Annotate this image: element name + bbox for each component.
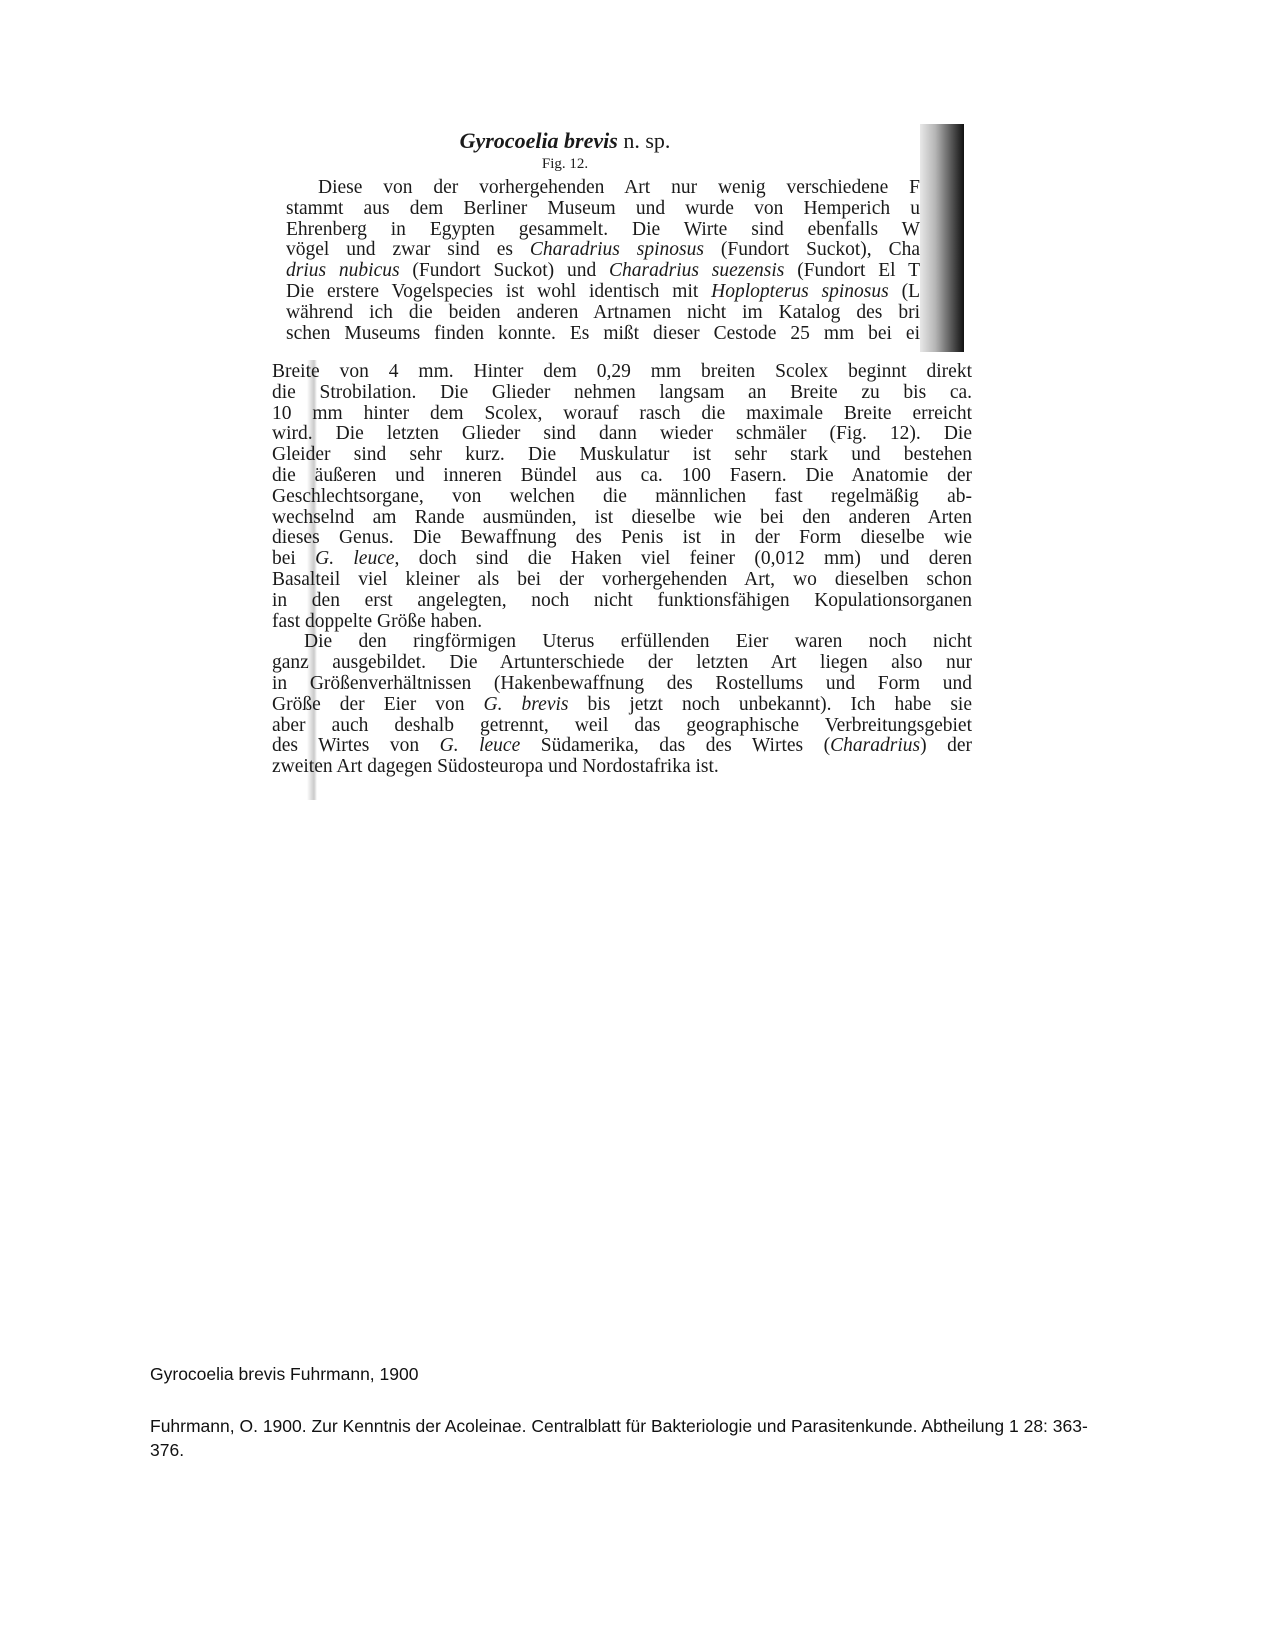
species-heading: Gyrocoelia brevis n. sp. bbox=[250, 128, 880, 154]
scanned-page: Gyrocoelia brevis n. sp. Fig. 12. Diese … bbox=[0, 0, 1275, 820]
text-line: die Strobilation. Die Glieder nehmen lan… bbox=[272, 383, 972, 404]
species-name: Gyrocoelia brevis bbox=[460, 128, 618, 153]
text-line: drius nubicus (Fundort Suckot) und Chara… bbox=[286, 261, 920, 282]
lower-paragraphs: Breite von 4 mm. Hinter dem 0,29 mm brei… bbox=[272, 362, 972, 778]
text-line: stammt aus dem Berliner Museum und wurde… bbox=[286, 199, 920, 220]
text-line: des Wirtes von G. leuce Südamerika, das … bbox=[272, 736, 972, 757]
scan-binding-shadow bbox=[920, 124, 964, 352]
text-line: bei G. leuce, doch sind die Haken viel f… bbox=[272, 549, 972, 570]
text-line: Diese von der vorhergehenden Art nur wen… bbox=[286, 178, 920, 199]
text-line: Ehrenberg in Egypten gesammelt. Die Wirt… bbox=[286, 220, 920, 241]
text-line: wird. Die letzten Glieder sind dann wied… bbox=[272, 424, 972, 445]
text-line: fast doppelte Größe haben. bbox=[272, 612, 972, 633]
text-line: Geschlechtsorgane, von welchen die männl… bbox=[272, 487, 972, 508]
text-line: während ich die beiden anderen Artnamen … bbox=[286, 303, 920, 324]
text-line: aber auch deshalb getrennt, weil das geo… bbox=[272, 716, 972, 737]
text-line: in Größenverhältnissen (Hakenbewaffnung … bbox=[272, 674, 972, 695]
text-line: Die den ringförmigen Uterus erfüllenden … bbox=[272, 632, 972, 653]
text-line: dieses Genus. Die Bewaffnung des Penis i… bbox=[272, 528, 972, 549]
bibliographic-citation: Fuhrmann, O. 1900. Zur Kenntnis der Acol… bbox=[150, 1414, 1110, 1462]
species-suffix: n. sp. bbox=[623, 128, 670, 153]
text-line: Breite von 4 mm. Hinter dem 0,29 mm brei… bbox=[272, 362, 972, 383]
text-line: Die erstere Vogelspecies ist wohl identi… bbox=[286, 282, 920, 303]
text-line: Gleider sind sehr kurz. Die Muskulatur i… bbox=[272, 445, 972, 466]
text-line: Basalteil viel kleiner als bei der vorhe… bbox=[272, 570, 972, 591]
text-line: in den erst angelegten, noch nicht funkt… bbox=[272, 591, 972, 612]
species-authority: Gyrocoelia brevis Fuhrmann, 1900 bbox=[150, 1364, 418, 1385]
text-line: vögel und zwar sind es Charadrius spinos… bbox=[286, 240, 920, 261]
text-line: 10 mm hinter dem Scolex, worauf rasch di… bbox=[272, 404, 972, 425]
text-line: zweiten Art dagegen Südosteuropa und Nor… bbox=[272, 757, 972, 778]
figure-reference: Fig. 12. bbox=[250, 156, 880, 173]
text-line: die äußeren und inneren Bündel aus ca. 1… bbox=[272, 466, 972, 487]
text-line: schen Museums finden konnte. Es mißt die… bbox=[286, 324, 920, 345]
text-line: Größe der Eier von G. brevis bis jetzt n… bbox=[272, 695, 972, 716]
text-line: ganz ausgebildet. Die Artunterschiede de… bbox=[272, 653, 972, 674]
upper-paragraph: Diese von der vorhergehenden Art nur wen… bbox=[286, 178, 920, 344]
text-line: wechselnd am Rande ausmünden, ist diesel… bbox=[272, 508, 972, 529]
